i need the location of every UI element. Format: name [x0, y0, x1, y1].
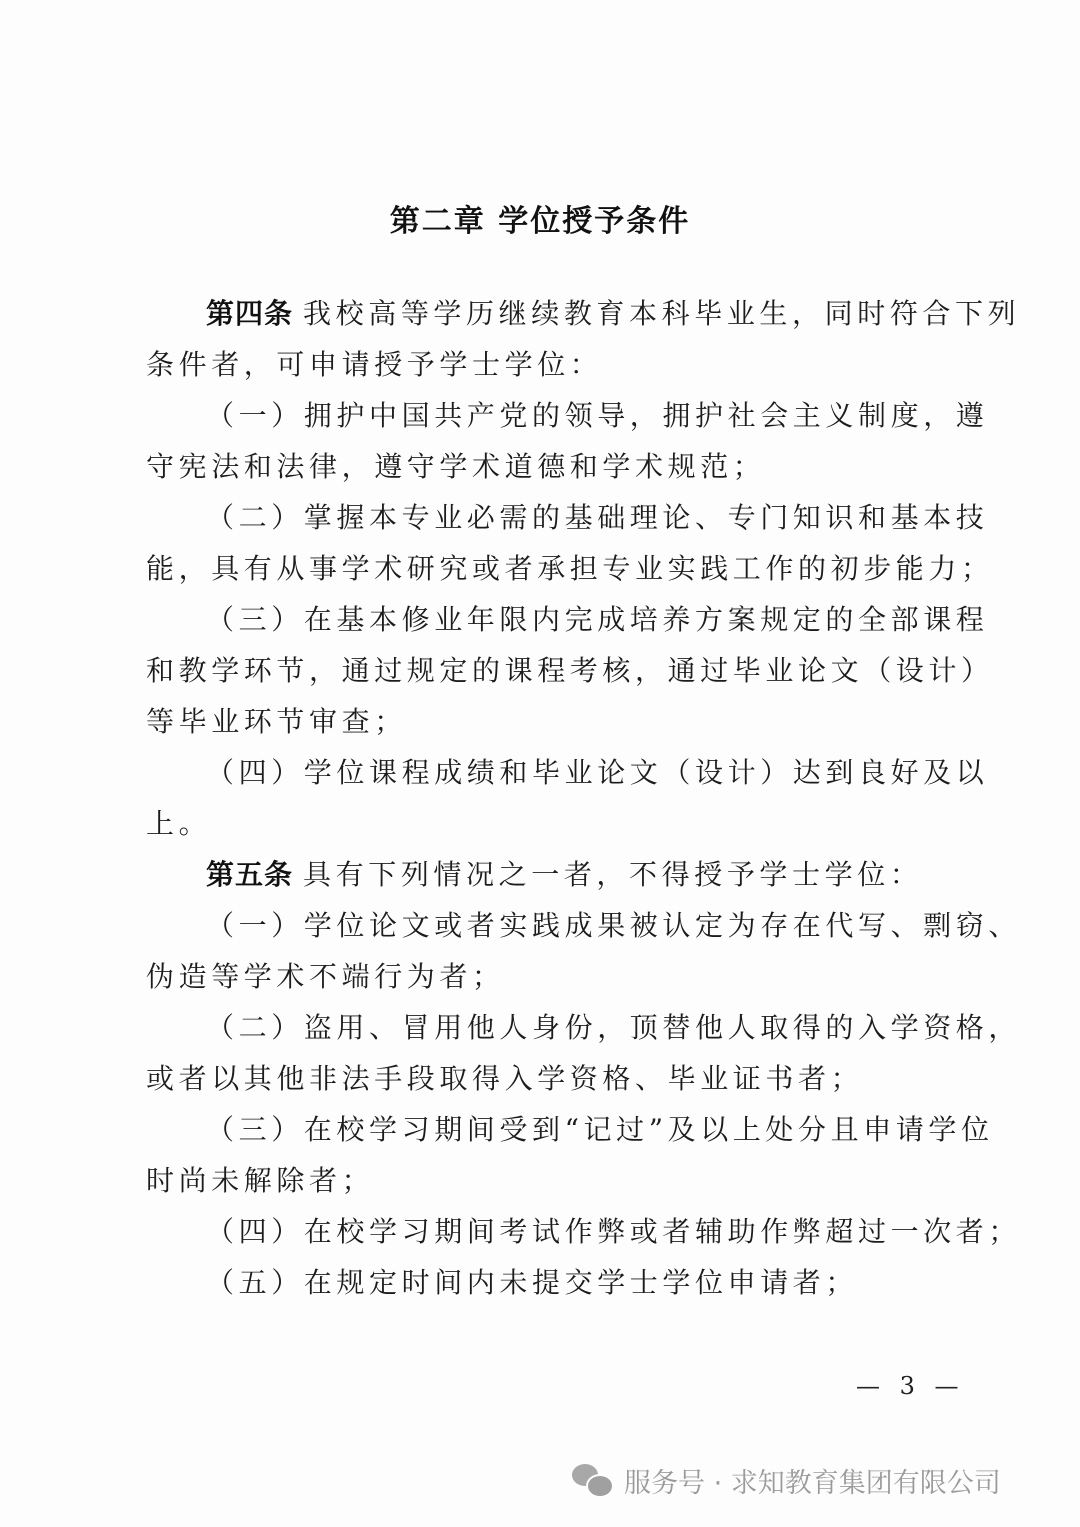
line-text: （五）在规定时间内未提交学士学位申请者； [206, 1266, 858, 1299]
chapter-title: 第二章 学位授予条件 [0, 196, 1080, 240]
line-text: 具有下列情况之一者，不得授予学士学位： [303, 858, 922, 891]
line-text: （一）学位论文或者实践成果被认定为存在代写、剽窃、 [206, 909, 1021, 942]
text-line: 等毕业环节审查； [146, 704, 946, 740]
text-line: （三）在校学习期间受到“记过”及以上处分且申请学位 [206, 1112, 1006, 1148]
line-text: （四）学位课程成绩和毕业论文（设计）达到良好及以 [206, 756, 988, 789]
text-line: （五）在规定时间内未提交学士学位申请者； [206, 1265, 1006, 1301]
text-line: 伪造等学术不端行为者； [146, 959, 946, 995]
text-line: 条件者，可申请授予学士学位： [146, 347, 946, 383]
line-text: 上。 [146, 807, 211, 840]
line-text: 我校高等学历继续教育本科毕业生，同时符合下列 [303, 297, 1020, 330]
text-line: （四）学位课程成绩和毕业论文（设计）达到良好及以 [206, 755, 1006, 791]
text-line: 守宪法和法律，遵守学术道德和学术规范； [146, 449, 946, 485]
text-line: （三）在基本修业年限内完成培养方案规定的全部课程 [206, 602, 1006, 638]
account-footer[interactable]: 服务号 · 求知教育集团有限公司 [572, 1460, 1001, 1500]
line-text: 或者以其他非法手段取得入学资格、毕业证书者； [146, 1062, 863, 1095]
article-number: 第五条 [206, 858, 293, 891]
line-text: 时尚未解除者； [146, 1164, 374, 1197]
line-text: （二）盗用、冒用他人身份，顶替他人取得的入学资格， [206, 1011, 1021, 1044]
line-text: 和教学环节，通过规定的课程考核，通过毕业论文（设计） [146, 654, 994, 687]
line-text: 等毕业环节审查； [146, 705, 407, 738]
text-line: 或者以其他非法手段取得入学资格、毕业证书者； [146, 1061, 946, 1097]
text-line: 和教学环节，通过规定的课程考核，通过毕业论文（设计） [146, 653, 946, 689]
line-text: 能，具有从事学术研究或者承担专业实践工作的初步能力； [146, 552, 994, 585]
article-heading-line: 第五条具有下列情况之一者，不得授予学士学位： [206, 857, 1006, 893]
text-line: 能，具有从事学术研究或者承担专业实践工作的初步能力； [146, 551, 946, 587]
line-text: （二）掌握本专业必需的基础理论、专门知识和基本技 [206, 501, 988, 534]
line-text: （三）在基本修业年限内完成培养方案规定的全部课程 [206, 603, 988, 636]
article-heading-line: 第四条我校高等学历继续教育本科毕业生，同时符合下列 [206, 296, 1006, 332]
text-line: （四）在校学习期间考试作弊或者辅助作弊超过一次者； [206, 1214, 1006, 1250]
text-line: 时尚未解除者； [146, 1163, 946, 1199]
text-line: 上。 [146, 806, 946, 842]
document-page: 第二章 学位授予条件 第四条我校高等学历继续教育本科毕业生，同时符合下列条件者，… [0, 0, 1080, 1527]
line-text: 守宪法和法律，遵守学术道德和学术规范； [146, 450, 765, 483]
line-text: 条件者，可申请授予学士学位： [146, 348, 602, 381]
line-text: （一）拥护中国共产党的领导，拥护社会主义制度，遵 [206, 399, 988, 432]
footer-account-name: 服务号 · 求知教育集团有限公司 [624, 1461, 1001, 1500]
text-line: （二）掌握本专业必需的基础理论、专门知识和基本技 [206, 500, 1006, 536]
page-number: — 3 — [856, 1372, 965, 1400]
wechat-icon [572, 1462, 616, 1498]
line-text: （三）在校学习期间受到“记过”及以上处分且申请学位 [206, 1113, 994, 1146]
text-line: （一）学位论文或者实践成果被认定为存在代写、剽窃、 [206, 908, 1006, 944]
article-number: 第四条 [206, 297, 293, 330]
line-text: 伪造等学术不端行为者； [146, 960, 505, 993]
text-line: （二）盗用、冒用他人身份，顶替他人取得的入学资格， [206, 1010, 1006, 1046]
text-line: （一）拥护中国共产党的领导，拥护社会主义制度，遵 [206, 398, 1006, 434]
line-text: （四）在校学习期间考试作弊或者辅助作弊超过一次者； [206, 1215, 1021, 1248]
